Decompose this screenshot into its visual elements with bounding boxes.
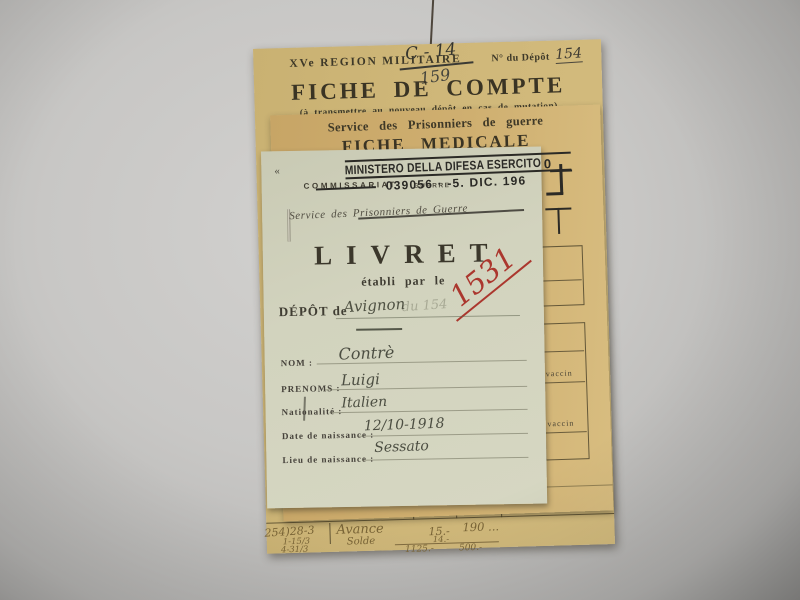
ledger-column-tick	[329, 523, 331, 544]
ministero-difesa-stamp: MINISTERO DELLA DIFESA ESERCITO 039056 ·…	[343, 152, 574, 196]
livret-cover: « COMMISSARIAT GUERRE MINISTERO DELLA DI…	[261, 147, 547, 509]
ledger-amount-3: 190 ...	[462, 519, 499, 534]
vaccin-cell-label: vaccin	[547, 418, 587, 428]
field-value-date-naissance: 12/10-1918	[364, 416, 445, 435]
ledger-total-1: 1125.-	[405, 544, 434, 555]
depot-value-handwritten: Avignon	[343, 295, 405, 316]
depot-number-label: N° du Dépôt	[491, 52, 550, 65]
field-label-lieu-naissance: Lieu de naissance :	[282, 454, 374, 466]
ledger-total-2: 500.-	[459, 543, 482, 554]
ledger-entry-solde: Solde	[347, 536, 376, 548]
medical-grid-box-upper	[539, 245, 585, 306]
field-value-lieu-naissance: Sessato	[374, 438, 429, 456]
ledger-ref-sub2: 4-31/3	[281, 545, 309, 556]
photo-of-documents: XVe REGION MILITAIRE C - 14 159 N° du Dé…	[0, 0, 800, 600]
depot-number-value: 154	[555, 45, 583, 64]
pencil-note: du 154	[401, 297, 448, 315]
vaccin-cell-label: vaccin	[546, 368, 586, 378]
depot-underline	[356, 328, 402, 331]
stamp-number-date: 039056 · -5. DIC. 196	[386, 173, 527, 192]
depot-baseline	[336, 315, 520, 319]
field-value-nationalite: Italien	[341, 394, 387, 412]
field-value-prenoms: Luigi	[341, 370, 380, 389]
field-label-nom: NOM :	[281, 358, 313, 369]
field-baseline	[362, 457, 528, 461]
stamp-overflow-mark	[557, 208, 560, 234]
open-quote-mark: «	[274, 165, 280, 177]
field-value-nom: Contrè	[338, 343, 394, 364]
medical-grid-box-lower	[541, 322, 590, 460]
